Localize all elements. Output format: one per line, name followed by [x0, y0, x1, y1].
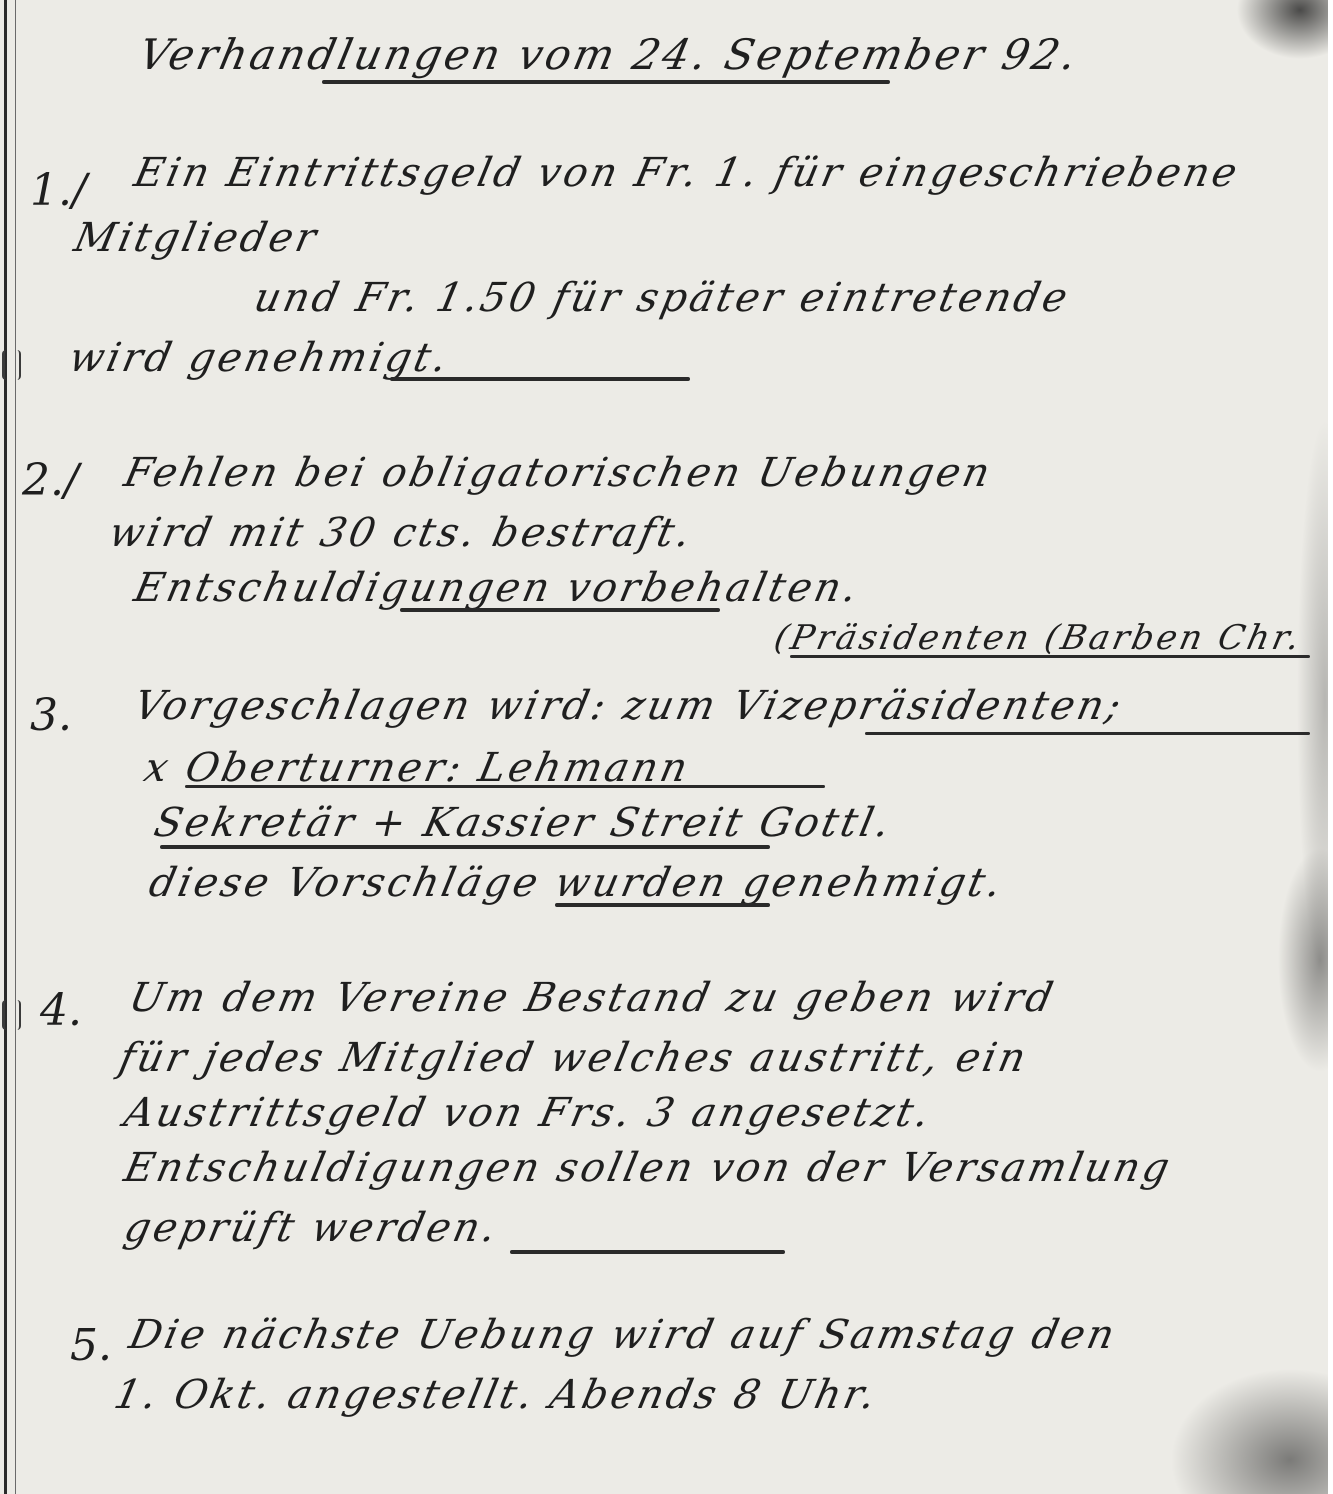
item-line: Austrittsgeld von Frs. 3 angesetzt. — [120, 1090, 936, 1136]
item-line: Entschuldigungen sollen von der Versamlu… — [120, 1145, 1176, 1191]
item-underline — [185, 785, 825, 788]
item-underline — [390, 377, 690, 381]
item-underline — [555, 903, 770, 907]
item-underline — [865, 732, 1310, 735]
item-line: Um dem Vereine Bestand zu geben wird — [125, 975, 1060, 1021]
item-line: geprüft werden. — [120, 1205, 503, 1251]
item-underline — [160, 845, 770, 849]
item-line: Sekretär + Kassier Streit Gottl. — [150, 800, 897, 846]
item-line: diese Vorschläge wurden genehmigt. — [145, 860, 1008, 906]
item-line: Entschuldigungen vorbehalten. — [130, 565, 864, 611]
handwritten-page: Verhandlungen vom 24. September 92. 1./ … — [0, 0, 1328, 1494]
item-underline — [400, 608, 720, 612]
item-line: wird mit 30 cts. bestraft. — [105, 510, 697, 556]
annotation-underline — [790, 655, 1310, 658]
item-line: und Fr. 1.50 für später eintretende — [250, 275, 1074, 321]
item-line: für jedes Mitglied welches austritt, ein — [115, 1035, 1032, 1081]
item-line: Fehlen bei obligatorischen Uebungen — [120, 450, 997, 496]
item-underline — [510, 1250, 785, 1254]
item-number: 3. — [30, 690, 72, 741]
item-line: Ein Eintrittsgeld von Fr. 1. für eingesc… — [130, 150, 1244, 196]
item-number: 1./ — [30, 165, 87, 216]
item-line: 1. Okt. angestellt. Abends 8 Uhr. — [110, 1372, 882, 1418]
binding-stitch — [2, 350, 21, 380]
item-annotation: (Präsidenten (Barben Chr. — [771, 618, 1306, 658]
document-title: Verhandlungen vom 24. September 92. — [135, 30, 1084, 79]
item-line: Die nächste Uebung wird auf Samstag den — [125, 1312, 1121, 1358]
item-line: Vorgeschlagen wird: zum Vizepräsidenten; — [130, 683, 1128, 729]
item-number: 2./ — [22, 455, 79, 506]
binding-stitch — [2, 1000, 21, 1030]
page-binding — [4, 0, 16, 1494]
title-underline — [322, 80, 890, 84]
item-line: Mitglieder — [70, 215, 323, 261]
item-number: 4. — [40, 985, 82, 1036]
item-number: 5. — [70, 1320, 112, 1371]
item-line: wird genehmigt. — [65, 335, 454, 381]
